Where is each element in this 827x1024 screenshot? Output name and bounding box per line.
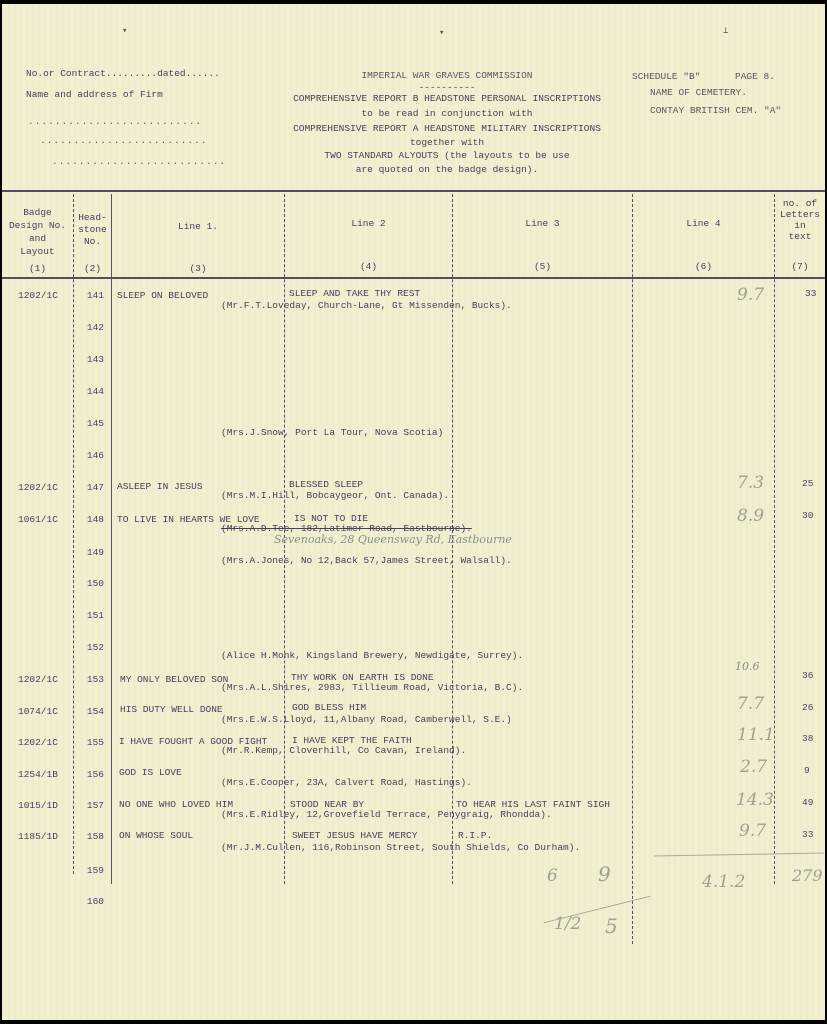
next-of-kin-address: (Mrs.J.Snow, Port La Tour, Nova Scotia) <box>221 427 443 438</box>
headstone-no: 155 <box>76 737 104 748</box>
col-num-5: (5) <box>453 261 632 272</box>
badge-design: 1202/1C <box>18 737 58 748</box>
schedule-label: SCHEDULE "B" <box>632 71 700 82</box>
headstone-no: 158 <box>76 831 104 842</box>
column-divider <box>774 194 775 884</box>
handwritten-total-letters: 279 <box>792 866 823 885</box>
handwritten-note: 2.7 <box>740 757 767 777</box>
letter-count: 33 <box>802 829 813 840</box>
title-line: together with <box>262 137 632 148</box>
col-header-letters: no. of Letters in text <box>775 198 825 242</box>
table-header-rule <box>2 277 825 279</box>
col-header-badge: Badge Design No. and Layout <box>2 206 73 258</box>
headstone-no: 154 <box>76 706 104 717</box>
letter-count: 36 <box>802 670 813 681</box>
headstone-no: 160 <box>76 896 104 907</box>
letter-count: 26 <box>802 702 813 713</box>
letter-count: 9 <box>804 765 810 776</box>
handwritten-note: 7.3 <box>737 473 764 493</box>
headstone-no: 143 <box>76 354 104 365</box>
title-line: to be read in conjunction with <box>262 108 632 119</box>
headstone-no: 146 <box>76 450 104 461</box>
headstone-no: 142 <box>76 322 104 333</box>
handwritten-note: 11.1 <box>737 725 775 745</box>
badge-design: 1202/1C <box>18 290 58 301</box>
badge-design: 1202/1C <box>18 482 58 493</box>
headstone-no: 153 <box>76 674 104 685</box>
firm-dots-3: .......................... <box>52 156 226 167</box>
col-num-3: (3) <box>112 263 284 274</box>
col-num-1: (1) <box>2 263 73 274</box>
cemetery-name: CONTAY BRITISH CEM. "A" <box>650 105 781 116</box>
letter-count: 38 <box>802 733 813 744</box>
next-of-kin-address: (Mrs.E.Ridley, 12,Grovefield Terrace, Pe… <box>221 809 552 820</box>
badge-design: 1061/1C <box>18 514 58 525</box>
letter-count: 49 <box>802 797 813 808</box>
column-divider <box>73 194 74 874</box>
badge-design: 1185/1D <box>18 831 58 842</box>
document-page: ▾ ▾ ⊥ No.or Contract.........dated......… <box>2 4 825 1020</box>
commission-title: IMPERIAL WAR GRAVES COMMISSION <box>262 70 632 81</box>
pin-mark: ⊥ <box>723 26 728 36</box>
handwritten-mark: 6 <box>547 866 558 886</box>
headstone-no: 145 <box>76 418 104 429</box>
handwritten-note: 9.7 <box>739 821 766 841</box>
headstone-no: 148 <box>76 514 104 525</box>
line2-text: BLESSED SLEEP <box>289 479 363 490</box>
pin-mark: ▾ <box>439 28 444 38</box>
headstone-no: 156 <box>76 769 104 780</box>
handwritten-note: 14.3 <box>736 790 774 810</box>
letter-count: 25 <box>802 478 813 489</box>
line1-text: NO ONE WHO LOVED HIM <box>119 799 233 810</box>
total-rule <box>654 853 824 857</box>
next-of-kin-address: (Mr.F.T.Loveday, Church-Lane, Gt Missend… <box>221 300 512 311</box>
next-of-kin-address: (Mrs.E.Cooper, 23A, Calvert Road, Hastin… <box>221 777 472 788</box>
title-rule: ---------- <box>262 82 632 93</box>
letter-count: 30 <box>802 510 813 521</box>
table-top-rule <box>2 190 825 192</box>
next-of-kin-address: (Mr.R.Kemp, Cloverhill, Co Cavan, Irelan… <box>221 745 466 756</box>
firm-dots-1: .......................... <box>28 116 202 127</box>
headstone-no: 141 <box>76 290 104 301</box>
col-header-line2: Line 2 <box>285 218 452 229</box>
line3-text: R.I.P. <box>458 830 492 841</box>
badge-design: 1202/1C <box>18 674 58 685</box>
headstone-no: 144 <box>76 386 104 397</box>
col-header-line3: Line 3 <box>453 218 632 229</box>
line1-text: GOD IS LOVE <box>119 767 182 778</box>
line1-text: SLEEP ON BELOVED <box>117 290 208 301</box>
line1-text: HIS DUTY WELL DONE <box>120 704 223 715</box>
page-number: PAGE 8. <box>735 71 775 82</box>
headstone-no: 157 <box>76 800 104 811</box>
handwritten-note: 8.9 <box>737 506 764 526</box>
line2-text: GOD BLESS HIM <box>292 702 366 713</box>
handwritten-sum-bottom: 5 <box>605 914 618 938</box>
next-of-kin-address: (Mrs.M.I.Hill, Bobcaygeor, Ont. Canada). <box>221 490 449 501</box>
firm-dots-2: ......................... <box>40 135 208 146</box>
next-of-kin-address: (Mrs.E.W.S.Lloyd, 11,Albany Road, Camber… <box>221 714 512 725</box>
col-header-line1: Line 1. <box>112 221 284 232</box>
contract-line: No.or Contract.........dated...... <box>26 68 220 79</box>
cemetery-label: NAME OF CEMETERY. <box>650 87 747 98</box>
headstone-no: 159 <box>76 865 104 876</box>
next-of-kin-address: (Mrs.A.Jones, No 12,Back 57,James Street… <box>221 555 512 566</box>
line1-text: ON WHOSE SOUL <box>119 830 193 841</box>
col-num-4: (4) <box>285 261 452 272</box>
title-line: TWO STANDARD ALYOUTS (the layouts to be … <box>262 150 632 161</box>
badge-design: 1015/1D <box>18 800 58 811</box>
column-divider <box>632 194 633 944</box>
col-num-2: (2) <box>74 263 111 274</box>
report-b-title: COMPREHENSIVE REPORT B HEADSTONE PERSONA… <box>262 93 632 104</box>
report-a-title: COMPREHENSIVE REPORT A HEADSTONE MILITAR… <box>262 123 632 134</box>
col-header-line4: Line 4 <box>633 218 774 229</box>
handwritten-total-line: 4.1.2 <box>702 872 745 892</box>
handwritten-sum-top: 9 <box>598 862 611 886</box>
firm-label: Name and address of Firm <box>26 89 163 100</box>
line2-text: SLEEP AND TAKE THY REST <box>289 288 420 299</box>
letter-count: 33 <box>805 288 816 299</box>
handwritten-note: 9.7 <box>737 285 764 305</box>
handwritten-fraction: 1/2 <box>554 914 581 934</box>
headstone-no: 151 <box>76 610 104 621</box>
line1-text: ASLEEP IN JESUS <box>117 481 203 492</box>
next-of-kin-address: (Mr.J.M.Cullen, 116,Robinson Street, Sou… <box>221 842 580 853</box>
next-of-kin-address: (Alice H.Monk, Kingsland Brewery, Newdig… <box>221 650 523 661</box>
headstone-no: 149 <box>76 547 104 558</box>
pin-mark: ▾ <box>122 26 127 36</box>
headstone-no: 147 <box>76 482 104 493</box>
col-num-6: (6) <box>633 261 774 272</box>
headstone-no: 152 <box>76 642 104 653</box>
line2-text: SWEET JESUS HAVE MERCY <box>292 830 417 841</box>
badge-design: 1254/1B <box>18 769 58 780</box>
col-num-7: (7) <box>775 261 825 272</box>
title-line: are quoted on the badge design). <box>262 164 632 175</box>
next-of-kin-address: (Mrs.A.L.Shires, 2983, Tillieum Road, Vi… <box>221 682 523 693</box>
col-header-headstone: Head- stone No. <box>74 212 111 248</box>
handwritten-address-correction: Sevenoaks, 28 Queensway Rd, Eastbourne <box>274 533 512 546</box>
handwritten-note: 7.7 <box>737 694 764 714</box>
badge-design: 1074/1C <box>18 706 58 717</box>
line1-text: MY ONLY BELOVED SON <box>120 674 228 685</box>
column-divider <box>111 194 112 884</box>
headstone-no: 150 <box>76 578 104 589</box>
handwritten-note: 10.6 <box>735 660 760 673</box>
